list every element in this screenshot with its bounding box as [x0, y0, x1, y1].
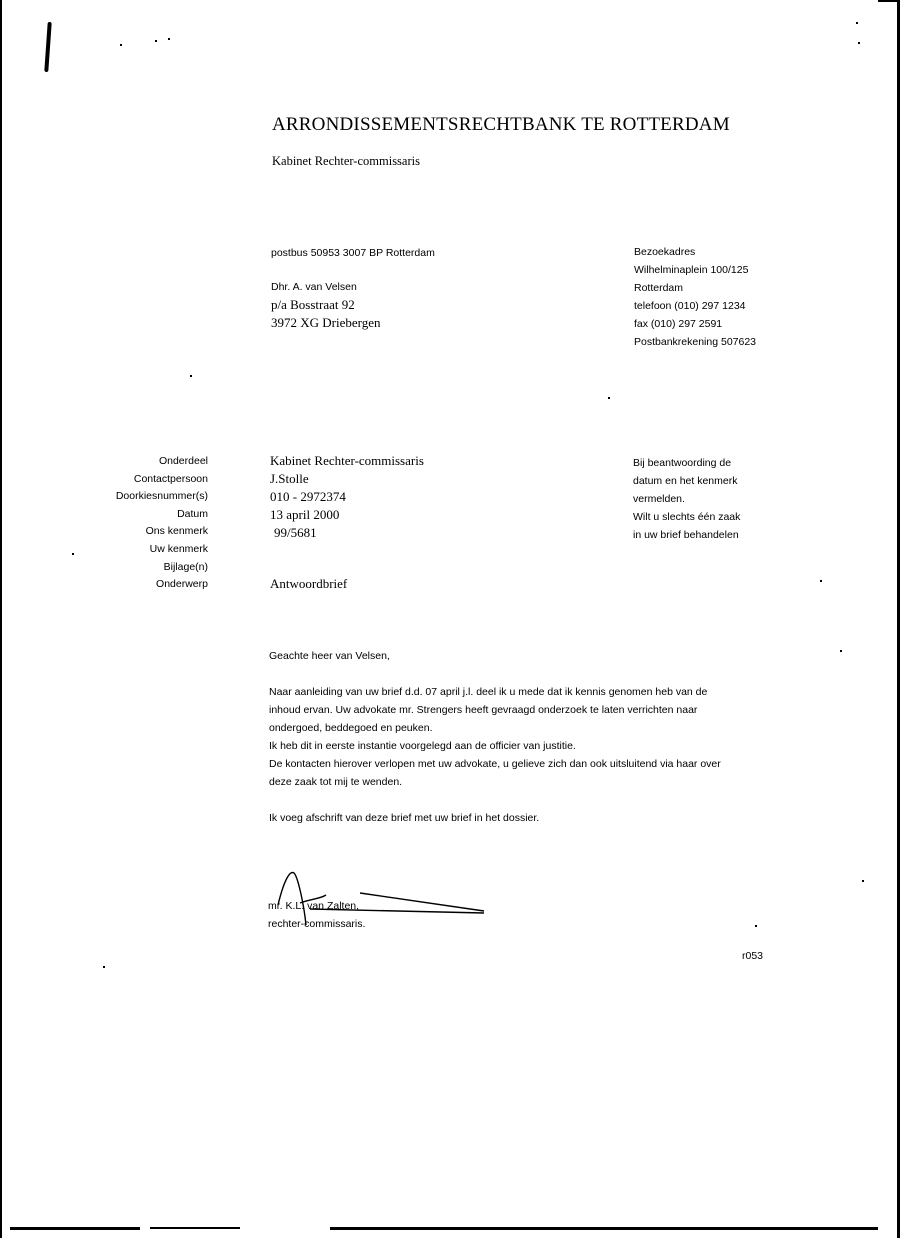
handwritten-mark: [44, 22, 51, 72]
meta-values: Kabinet Rechter-commissaris J.Stolle 010…: [270, 452, 424, 542]
label-our-reference: Ons kenmerk: [116, 523, 208, 541]
visiting-address-city: Rotterdam: [634, 279, 756, 297]
value-direct-number: 010 - 2972374: [270, 488, 424, 506]
value-department: Kabinet Rechter-commissaris: [270, 452, 424, 470]
body-line: deze zaak tot mij te wenden.: [269, 773, 721, 791]
body-line: De kontacten hierover verlopen met uw ad…: [269, 755, 721, 773]
value-subject: Antwoordbrief: [270, 576, 347, 592]
visiting-address-block: Bezoekadres Wilhelminaplein 100/125 Rott…: [634, 243, 756, 351]
scan-border-top: [878, 0, 900, 2]
letter-body: Geachte heer van Velsen, Naar aanleiding…: [269, 647, 721, 827]
recipient-name: Dhr. A. van Velsen: [271, 278, 381, 296]
recipient-address: p/a Bosstraat 92: [271, 296, 381, 314]
label-date: Datum: [116, 506, 208, 524]
body-line: Ik heb dit in eerste instantie voorgeleg…: [269, 737, 721, 755]
label-contact: Contactpersoon: [116, 471, 208, 489]
court-name: ARRONDISSEMENTSRECHTBANK TE ROTTERDAM: [272, 114, 730, 136]
signatory-name: mr. K.L. van Zalten,: [268, 897, 365, 915]
bank-account: Postbankrekening 507623: [634, 333, 756, 351]
salutation: Geachte heer van Velsen,: [269, 647, 721, 665]
bottom-rule: [330, 1227, 878, 1230]
recipient-block: Dhr. A. van Velsen p/a Bosstraat 92 3972…: [271, 278, 381, 332]
reply-note-line: vermelden.: [633, 490, 740, 508]
label-attachments: Bijlage(n): [116, 559, 208, 577]
label-your-reference: Uw kenmerk: [116, 541, 208, 559]
fax-number: fax (010) 297 2591: [634, 315, 756, 333]
bottom-rule: [150, 1227, 240, 1229]
bottom-rule: [10, 1227, 140, 1230]
scan-border-left: [0, 0, 2, 1238]
meta-labels: Onderdeel Contactpersoon Doorkiesnummer(…: [116, 453, 208, 594]
reply-note-line: Bij beantwoording de: [633, 454, 740, 472]
recipient-postcode-city: 3972 XG Driebergen: [271, 314, 381, 332]
label-direct-number: Doorkiesnummer(s): [116, 488, 208, 506]
reply-note-line: in uw brief behandelen: [633, 526, 740, 544]
label-department: Onderdeel: [116, 453, 208, 471]
signature-block: mr. K.L. van Zalten, rechter-commissaris…: [268, 897, 365, 933]
value-contact: J.Stolle: [270, 470, 424, 488]
letter-page: ARRONDISSEMENTSRECHTBANK TE ROTTERDAM Ka…: [0, 0, 900, 1238]
label-subject: Onderwerp: [116, 576, 208, 594]
page-reference: r053: [742, 950, 763, 962]
reply-note-line: Wilt u slechts één zaak: [633, 508, 740, 526]
department-heading: Kabinet Rechter-commissaris: [272, 154, 420, 169]
body-line: inhoud ervan. Uw advokate mr. Strengers …: [269, 701, 721, 719]
phone-number: telefoon (010) 297 1234: [634, 297, 756, 315]
visiting-address-heading: Bezoekadres: [634, 243, 756, 261]
reply-instructions: Bij beantwoording de datum en het kenmer…: [633, 454, 740, 544]
body-line: ondergoed, beddegoed en peuken.: [269, 719, 721, 737]
visiting-address-street: Wilhelminaplein 100/125: [634, 261, 756, 279]
value-date: 13 april 2000: [270, 506, 424, 524]
reply-note-line: datum en het kenmerk: [633, 472, 740, 490]
sender-postal-address: postbus 50953 3007 BP Rotterdam: [271, 244, 435, 262]
closing-line: Ik voeg afschrift van deze brief met uw …: [269, 809, 721, 827]
body-line: Naar aanleiding van uw brief d.d. 07 apr…: [269, 683, 721, 701]
signatory-title: rechter-commissaris.: [268, 915, 365, 933]
value-our-reference: 99/5681: [270, 524, 424, 542]
